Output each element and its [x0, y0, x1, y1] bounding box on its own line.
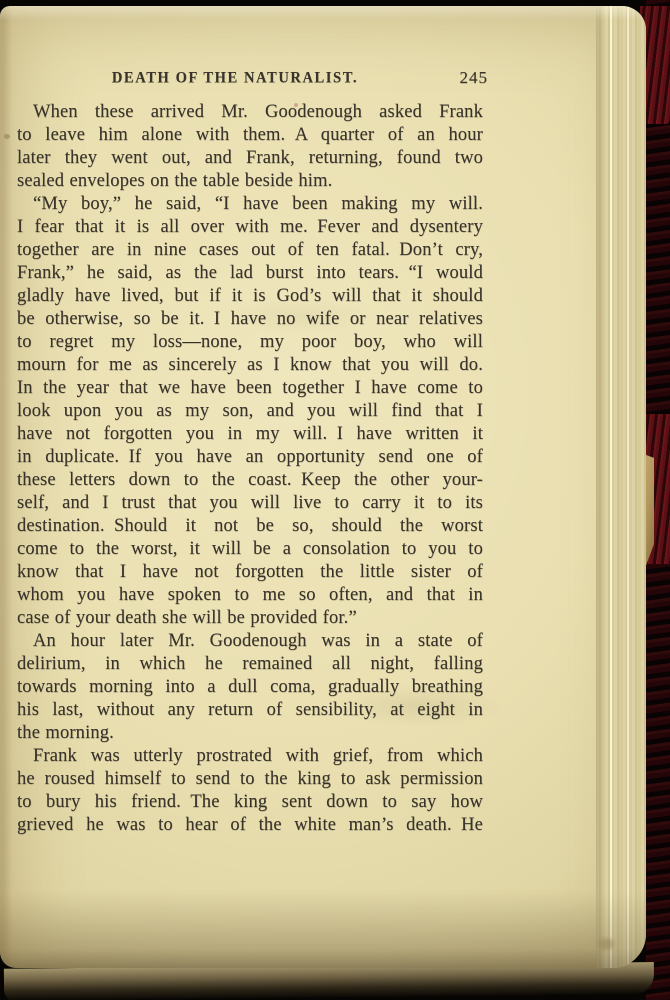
text-line: together are in nine cases out of ten fa…: [17, 239, 483, 262]
text-line: he roused himself to send to the king to…: [17, 768, 483, 791]
text-line: self, and I trust that you will live to …: [17, 492, 483, 515]
page-header: DEATH OF THE NATURALIST. 245: [17, 70, 483, 88]
text-lines: When these arrived Mr. Goodenough asked …: [17, 101, 483, 837]
text-line: whom you have spoken to me so often, and…: [17, 584, 483, 607]
text-line: delirium, in which he remained all night…: [17, 653, 483, 676]
book-page: DEATH OF THE NATURALIST. 245 When these …: [0, 6, 646, 968]
text-line: to regret my loss—none, my poor boy, who…: [17, 331, 483, 354]
text-line: “My boy,” he said, “I have been making m…: [17, 193, 483, 216]
text-line: come to the worst, it will be a consolat…: [17, 538, 483, 561]
page-number: 245: [460, 68, 489, 88]
text-line: these letters down to the coast. Keep th…: [17, 469, 483, 492]
text-line: An hour later Mr. Goodenough was in a st…: [17, 630, 483, 653]
text-line: Frank was utterly prostrated with grief,…: [17, 745, 483, 768]
text-line: know that I have not forgotten the littl…: [17, 561, 483, 584]
text-line: the morning.: [17, 722, 483, 745]
running-head: DEATH OF THE NATURALIST.: [2, 69, 468, 88]
text-line: to bury his friend. The king sent down t…: [17, 791, 483, 814]
page-fore-edge: [596, 6, 646, 968]
photo-scene: DEATH OF THE NATURALIST. 245 When these …: [0, 0, 670, 1000]
text-line: be otherwise, so be it. I have no wife o…: [17, 308, 483, 331]
text-line: In the year that we have been together I…: [17, 377, 483, 400]
page-content: DEATH OF THE NATURALIST. 245 When these …: [17, 70, 483, 837]
text-line: Frank,” he said, as the lad burst into t…: [17, 262, 483, 285]
text-line: look upon you as my son, and you will fi…: [17, 400, 483, 423]
text-line: When these arrived Mr. Goodenough asked …: [17, 101, 483, 124]
text-line: destination. Should it not be so, should…: [17, 515, 483, 538]
text-line: in duplicate. If you have an opportunity…: [17, 446, 483, 469]
text-line: his last, without any return of sensibil…: [17, 699, 483, 722]
text-line: have not forgotten you in my will. I hav…: [17, 423, 483, 446]
text-line: case of your death she will be provided …: [17, 607, 483, 630]
text-line: mourn for me as sincerely as I know that…: [17, 354, 483, 377]
paper-speck: [4, 134, 10, 139]
text-line: grieved he was to hear of the white man’…: [17, 814, 483, 837]
text-line: later they went out, and Frank, returnin…: [17, 147, 483, 170]
text-line: I fear that it is all over with me. Feve…: [17, 216, 483, 239]
text-line: towards morning into a dull coma, gradua…: [17, 676, 483, 699]
text-line: sealed envelopes on the table beside him…: [17, 170, 483, 193]
text-line: gladly have lived, but if it is God’s wi…: [17, 285, 483, 308]
text-line: to leave him alone with them. A quarter …: [17, 124, 483, 147]
